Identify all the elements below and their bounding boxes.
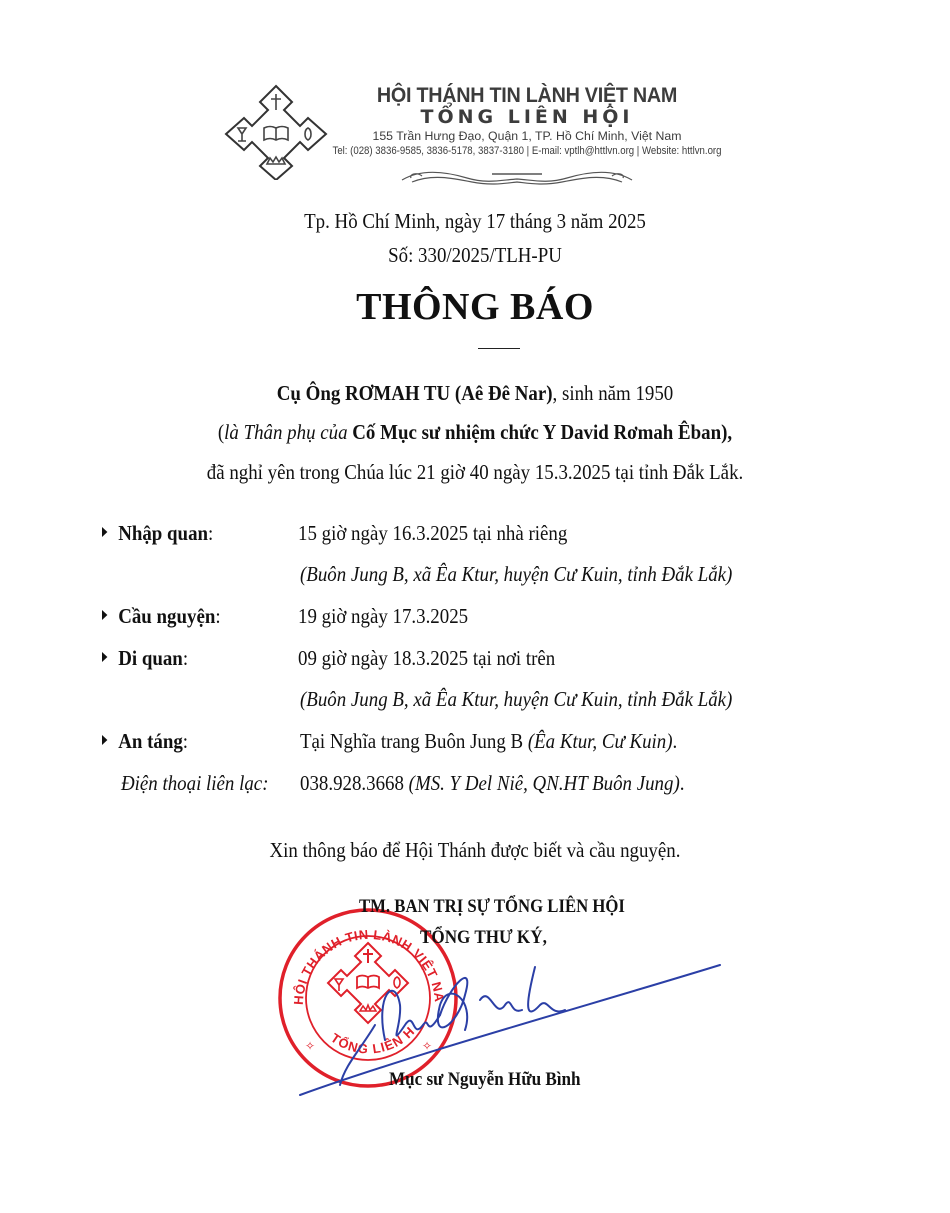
schedule-label: An táng: xyxy=(102,729,188,754)
document-page: HỘI THÁNH TIN LÀNH VIỆT NAM TỔNG LIÊN HỘ… xyxy=(0,0,950,1213)
document-title: THÔNG BÁO xyxy=(0,285,950,329)
contact-label: Điện thoại liên lạc: xyxy=(121,771,269,796)
schedule-value: Tại Nghĩa trang Buôn Jung B (Êa Ktur, Cư… xyxy=(300,729,677,754)
date-line: Tp. Hồ Chí Minh, ngày 17 tháng 3 năm 202… xyxy=(48,209,903,234)
church-emblem-icon xyxy=(222,84,330,180)
schedule-row-nhap-quan: Nhập quan: 15 giờ ngày 16.3.2025 tại nhà… xyxy=(0,521,950,551)
signer-name: Mục sư Nguyễn Hữu Bình xyxy=(389,1069,581,1091)
schedule-label: Cầu nguyện: xyxy=(102,604,221,629)
schedule-detail: (Buôn Jung B, xã Êa Ktur, huyện Cư Kuin,… xyxy=(300,687,732,712)
schedule-detail: (Buôn Jung B, xã Êa Ktur, huyện Cư Kuin,… xyxy=(300,562,732,587)
schedule-label: Di quan: xyxy=(102,646,188,671)
passing-line: đã nghỉ yên trong Chúa lúc 21 giờ 40 ngà… xyxy=(48,460,903,485)
contact-row: Điện thoại liên lạc: 038.928.3668 (MS. Y… xyxy=(0,771,950,801)
title-divider xyxy=(478,348,520,349)
closing-line: Xin thông báo để Hội Thánh được biết và … xyxy=(48,838,903,863)
org-subname: TỔNG LIÊN HỘI xyxy=(322,107,732,127)
schedule-value: 09 giờ ngày 18.3.2025 tại nơi trên xyxy=(298,646,555,671)
letterhead: HỘI THÁNH TIN LÀNH VIỆT NAM TỔNG LIÊN HỘ… xyxy=(222,82,732,192)
relation-text: là Thân phụ của xyxy=(224,420,347,444)
schedule-detail-di-quan: (Buôn Jung B, xã Êa Ktur, huyện Cư Kuin,… xyxy=(0,687,950,717)
son-name: Cố Mục sư nhiệm chức Y David Rơmah Êban)… xyxy=(348,420,733,444)
deceased-line: Cụ Ông RƠMAH TU (Aê Đê Nar), sinh năm 19… xyxy=(48,381,903,406)
contact-phone: 038.928.3668 xyxy=(300,771,409,795)
org-name: HỘI THÁNH TIN LÀNH VIỆT NAM xyxy=(338,82,715,108)
birth-year: , sinh năm 1950 xyxy=(553,381,674,405)
signature-role: TỔNG THƯ KÝ, xyxy=(420,927,547,949)
org-contact: Tel: (028) 3836-9585, 3836-5178, 3837-31… xyxy=(325,144,729,158)
letterhead-text: HỘI THÁNH TIN LÀNH VIỆT NAM TỔNG LIÊN HỘ… xyxy=(322,82,732,158)
schedule-detail-nhap-quan: (Buôn Jung B, xã Êa Ktur, huyện Cư Kuin,… xyxy=(0,562,950,592)
bullet-triangle-icon xyxy=(102,735,107,745)
schedule-value: 19 giờ ngày 17.3.2025 xyxy=(298,604,468,629)
schedule-row-an-tang: An táng: Tại Nghĩa trang Buôn Jung B (Êa… xyxy=(0,729,950,759)
decorative-flourish-icon xyxy=(397,168,637,190)
document-number: Số: 330/2025/TLH-PU xyxy=(48,243,903,268)
schedule-row-di-quan: Di quan: 09 giờ ngày 18.3.2025 tại nơi t… xyxy=(0,646,950,676)
deceased-name: Cụ Ông RƠMAH TU (Aê Đê Nar) xyxy=(277,381,553,405)
schedule-value: 15 giờ ngày 16.3.2025 tại nhà riêng xyxy=(298,521,567,546)
schedule-label: Nhập quan: xyxy=(102,521,213,546)
bullet-triangle-icon xyxy=(102,652,107,662)
schedule-row-cau-nguyen: Cầu nguyện: 19 giờ ngày 17.3.2025 xyxy=(0,604,950,634)
org-address: 155 Trần Hưng Đạo, Quận 1, TP. Hồ Chí Mi… xyxy=(322,129,732,144)
signature-on-behalf: TM. BAN TRỊ SỰ TỔNG LIÊN HỘI xyxy=(359,896,625,918)
contact-value: 038.928.3668 (MS. Y Del Niê, QN.HT Buôn … xyxy=(300,771,684,796)
contact-note: (MS. Y Del Niê, QN.HT Buôn Jung) xyxy=(409,771,680,795)
relation-line: (là Thân phụ của Cố Mục sư nhiệm chức Y … xyxy=(48,420,903,445)
bullet-triangle-icon xyxy=(102,610,107,620)
bullet-triangle-icon xyxy=(102,527,107,537)
